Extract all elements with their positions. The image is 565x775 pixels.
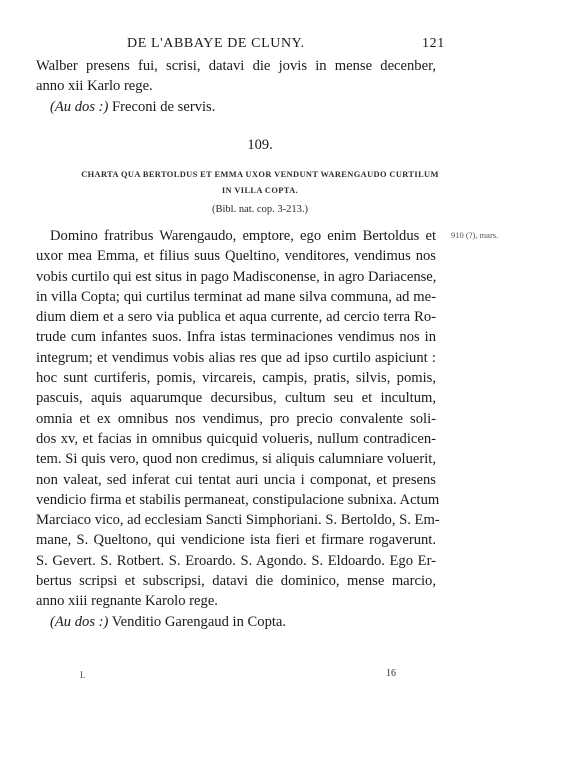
book-page: DE L'ABBAYE DE CLUNY. 121 Walber presens… — [0, 0, 565, 775]
text-line: Domino fratribus Warengaudo, emptore, eg… — [36, 226, 436, 246]
text-line: dium diem et a sero via publica et aqua … — [36, 307, 436, 327]
text-line: hoc sunt curtiferis, pomis, vircareis, c… — [36, 368, 436, 388]
running-title: DE L'ABBAYE DE CLUNY. — [127, 36, 305, 52]
sheet-number: 16 — [386, 668, 396, 679]
endorsement: (Au dos :) Venditio Garengaud in Copta. — [36, 612, 436, 632]
charter-heading: CHARTA QUA BERTOLDUS ET EMMA UXOR VENDUN… — [0, 167, 520, 199]
endorsement-text: Venditio Garengaud in Copta. — [112, 614, 286, 630]
text-line: anno xii Karlo rege. — [36, 76, 436, 96]
text-line: in villa Copta; qui curtilus terminat ad… — [36, 287, 436, 307]
text-line: tem. Si quis vero, quod non credimus, si… — [36, 449, 436, 469]
text-line: uxor mea Emma, et filius suus Queltino, … — [36, 246, 436, 266]
signature-mark: I. — [80, 670, 85, 680]
charter-heading-line: IN VILLA COPTA. — [0, 183, 520, 199]
text-line: S. Gevert. S. Rotbert. S. Eroardo. S. Ag… — [36, 551, 436, 571]
text-line: vendicio firma et stabilis permaneat, co… — [36, 490, 436, 510]
text-line: pascuis, aquis aquarumque decursibus, cu… — [36, 388, 436, 408]
text-line: omnia et ex omnibus nos vendimus, pro pr… — [36, 409, 436, 429]
page-number: 121 — [422, 36, 445, 52]
text-line: integrum; et vendimus vobis alias res qu… — [36, 348, 436, 368]
previous-charter-ending: Walber presens fui, scrisi, datavi die j… — [36, 56, 436, 117]
text-line: anno xiii regnante Karolo rege. — [36, 591, 436, 611]
text-line: vobis curtilo qui est situs in pago Madi… — [36, 267, 436, 287]
text-line: Walber presens fui, scrisi, datavi die j… — [36, 56, 436, 76]
endorsement-label: (Au dos :) — [50, 99, 108, 115]
text-line: bertus scripsi et subscripsi, datavi die… — [36, 571, 436, 591]
endorsement-text: Freconi de servis. — [112, 99, 215, 115]
text-line: Marciaco vico, ad ecclesiam Sancti Simph… — [36, 510, 436, 530]
text-line: dos xv, et facias in omnibus quicquid vo… — [36, 429, 436, 449]
charter-heading-line: CHARTA QUA BERTOLDUS ET EMMA UXOR VENDUN… — [0, 167, 520, 183]
endorsement-label: (Au dos :) — [50, 614, 108, 630]
endorsement: (Au dos :) Freconi de servis. — [36, 97, 436, 117]
text-line: trude cum infantes suos. Infra istas ter… — [36, 327, 436, 347]
text-line: mane, S. Queltono, qui vendicione ista f… — [36, 530, 436, 550]
margin-date: 910 (?), mars. — [451, 230, 498, 240]
charter-body: Domino fratribus Warengaudo, emptore, eg… — [36, 226, 436, 632]
running-head: DE L'ABBAYE DE CLUNY. 121 — [0, 36, 565, 54]
text-line: non valeat, sed inferat cui tentat auri … — [36, 470, 436, 490]
charter-source: (Bibl. nat. cop. 3-213.) — [0, 204, 520, 215]
charter-number: 109. — [0, 137, 520, 154]
